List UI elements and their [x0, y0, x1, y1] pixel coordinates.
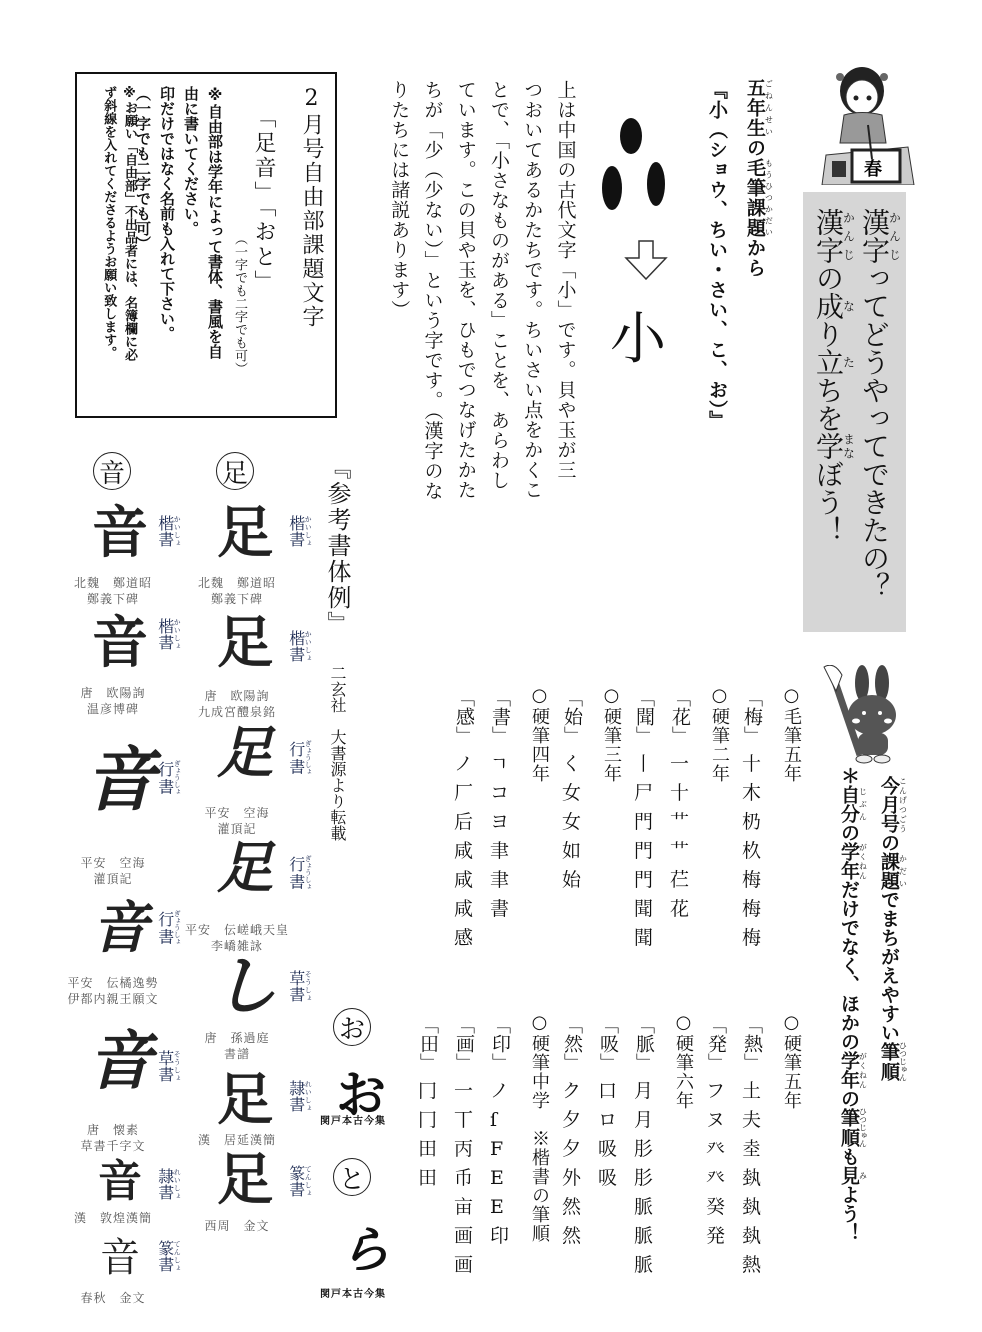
stroke-kyu: 「吸」 口ロ吸吸	[598, 1015, 617, 1188]
title-line-1: 漢字かんじってどうやってできたの？	[860, 208, 901, 600]
oto-style-4: 行書ぎょうしょ	[156, 910, 181, 945]
stroke-order-note: ＊自分じぶんの学年がくねんだけでなく、ほかの学年がくねんの筆順ひつじゅんも見みよ…	[836, 766, 867, 1242]
stroke-kan: 「感」 ノ厂后咸咸咸感	[454, 688, 473, 948]
oto-source-4: 平安 伝橘逸勢伊都内親王願文	[48, 975, 178, 1007]
group-kohitsu-3: ○硬筆三年	[598, 685, 624, 783]
ashi-source-2: 唐 欧陽詢九成宮醴泉銘	[172, 688, 302, 720]
group-kohitsu-4: ○硬筆四年	[526, 685, 552, 783]
oto-source-2: 唐 欧陽詢温彦博碑	[48, 685, 178, 717]
stroke-hana: 「花」 一十艹艹芢花	[670, 688, 689, 919]
reference-source: 二玄社 大書源より転載	[326, 665, 349, 841]
o-source: 関戸本古今集	[320, 1112, 386, 1127]
to-circle-label: と	[333, 1158, 371, 1196]
ashi-source-5: 唐 孫過庭書譜	[172, 1030, 302, 1062]
reference-title: 『参考書体例』	[320, 455, 355, 637]
title-line-2: 漢字かんじの成なり立たちを学まなぼう！	[814, 208, 855, 544]
stroke-ta: 「田」 冂冂田田	[418, 1015, 437, 1188]
stroke-zen: 「然」 ク夕夕外然然	[562, 1015, 581, 1246]
ashi-sample-5: し	[190, 955, 300, 1019]
ashi-style-5: 草書そうしょ	[287, 970, 312, 1002]
ashi-sample-2: 足	[190, 615, 300, 671]
ashi-sample-7: 足	[190, 1152, 300, 1208]
group-mohitsu-5: ○毛筆五年	[778, 685, 804, 783]
stroke-in: 「印」 ノſFEE印	[490, 1015, 509, 1246]
group-kohitsu-2: ○硬筆二年	[706, 685, 732, 783]
free-box-char-note: （一字でも二字でも可）	[230, 232, 249, 375]
down-arrow-icon	[624, 240, 668, 280]
oto-source-6: 漢 敦煌漢簡	[48, 1210, 178, 1226]
subject-heading-line-1: 五年生ごねんせいの毛筆課題もうひつかだいから	[742, 78, 773, 278]
ashi-sample-6: 足	[190, 1072, 300, 1128]
ashi-circle-label: 足	[216, 452, 254, 490]
oto-style-3: 行書ぎょうしょ	[156, 760, 181, 795]
oto-style-5: 草書そうしょ	[156, 1050, 181, 1082]
stroke-hatsu: 「発」 フヌ癶癶癸発	[706, 1015, 725, 1246]
ashi-source-6: 漢 居延漢簡	[172, 1132, 302, 1148]
oto-style-6: 隷書れいしょ	[156, 1168, 181, 1200]
oto-style-2: 楷書かいしょ	[156, 618, 181, 650]
subject-heading-line-2: 『小（ショウ、ちい・さい、こ、お）』	[704, 80, 731, 431]
group-kohitsu-chugaku: ○硬筆中学 ※楷書の筆順	[526, 1012, 552, 1243]
ashi-sample-4: 足	[190, 840, 300, 896]
stroke-ume: 「梅」 十木㭁杦梅梅梅	[742, 688, 761, 948]
to-source: 関戸本古今集	[320, 1285, 386, 1300]
ashi-sample-3: 足	[190, 725, 300, 781]
stroke-order-heading: 今月号こんげつごうの課題かだいでまちがえやすい筆順ひつじゅん	[876, 776, 907, 1081]
free-box-request: ※お願い「自由部」不出品者には、名簿欄に必 ず斜線を入れてくださるようお願い致し…	[97, 86, 139, 361]
stroke-sho: 「書」 ㄱコヨ聿聿書	[490, 688, 509, 919]
rabbit-brush-illustration	[820, 665, 910, 765]
oto-style-1: 楷書かいしょ	[156, 515, 181, 547]
oto-source-3: 平安 空海灌頂記	[48, 855, 178, 887]
stroke-ga: 「画」 一丅丙币亩画画	[454, 1015, 473, 1275]
group-kohitsu-6: ○硬筆六年	[670, 1012, 696, 1110]
stroke-kiku: 「聞」 丨尸門門門聞聞	[634, 688, 653, 948]
oto-circle-label: 音	[93, 452, 131, 490]
ashi-style-7: 篆書てんしょ	[287, 1165, 312, 1197]
ashi-source-1: 北魏 鄭道昭鄭義下碑	[172, 575, 302, 607]
free-box-characters: 「足音」「おと」	[248, 106, 279, 295]
oto-source-5: 唐 懐素草書千字文	[48, 1122, 178, 1154]
free-box-title: 2月号自由部課題文字	[296, 86, 327, 329]
ashi-source-7: 西周 金文	[172, 1218, 302, 1234]
free-box-notes: ※自由部は学年によって書体、書風を自 由に書いてください。 印だけではなく名前も…	[131, 86, 227, 359]
oto-source-7: 春秋 金文	[48, 1290, 178, 1306]
ashi-source-3: 平安 空海灌頂記	[172, 805, 302, 837]
ashi-style-3: 行書ぎょうしょ	[287, 740, 312, 775]
stroke-netsu: 「熱」 土夫坴埶埶埶熱	[742, 1015, 761, 1275]
stroke-hajime: 「始」 く女女如始	[562, 688, 581, 890]
ashi-style-4: 行書ぎょうしょ	[287, 855, 312, 890]
ancient-character-image	[598, 112, 668, 222]
svg-text:春: 春	[864, 158, 882, 180]
ashi-style-6: 隷書れいしょ	[287, 1080, 312, 1112]
free-division-box: 2月号自由部課題文字 「足音」「おと」 （一字でも二字でも可） ※自由部は学年に…	[75, 72, 337, 418]
ashi-style-1: 楷書かいしょ	[287, 515, 312, 547]
to-sample: ら	[340, 1210, 390, 1282]
ashi-sample-1: 足	[190, 505, 300, 561]
ashi-style-2: 楷書かいしょ	[287, 630, 312, 662]
group-kohitsu-5: ○硬筆五年	[778, 1012, 804, 1110]
o-circle-label: お	[333, 1008, 371, 1046]
stroke-myaku: 「脈」 月月肜肜脈脈脈	[634, 1015, 653, 1275]
girl-calligraphy-illustration: 春	[820, 55, 915, 185]
oto-source-1: 北魏 鄭道昭鄭義下碑	[48, 575, 178, 607]
modern-character: 小	[610, 295, 666, 375]
body-paragraph: 上は中国の古代文字「小」です。貝や玉が三 つおいてあるかたちです。ちいさい点をか…	[382, 80, 582, 520]
oto-style-7: 篆書てんしょ	[156, 1240, 181, 1272]
